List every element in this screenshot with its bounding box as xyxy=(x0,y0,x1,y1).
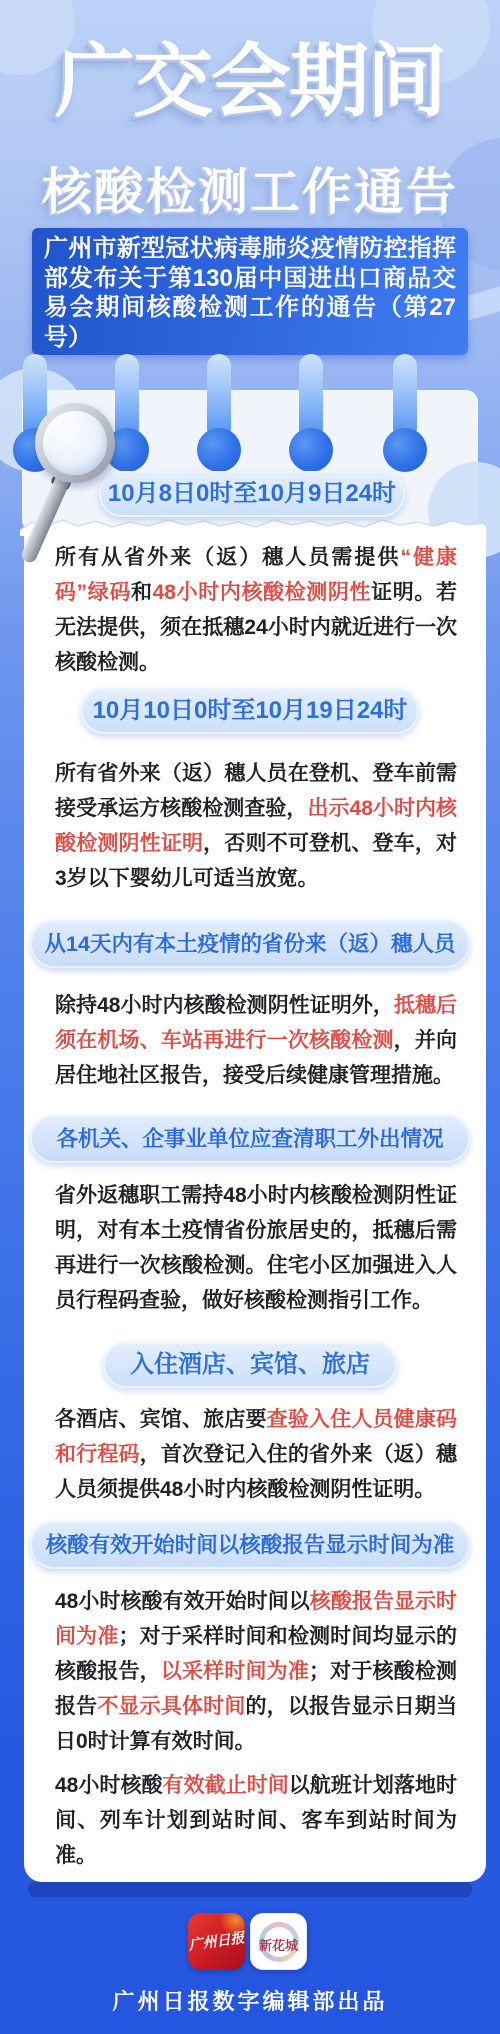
body-paragraph: 48小时核酸有效开始时间以核酸报告显示时间为准；对于采样时间和检测时间均显示的核… xyxy=(55,1584,457,1759)
plain-text: 各酒店、宾馆、旅店要 xyxy=(55,1408,267,1431)
plain-text: 和 xyxy=(131,581,153,604)
date-pill: 10月10日0时至10月19日24时 xyxy=(81,688,419,734)
date-pill: 10月8日0时至10月9日24时 xyxy=(99,471,405,517)
swab-icon xyxy=(207,354,231,440)
highlight-text: 不显示具体时间 xyxy=(97,1695,245,1718)
body-paragraph: 所有从省外来（返）穗人员需提供“健康码”绿码和48小时内核酸检测阴性证明。若无法… xyxy=(55,540,457,680)
plain-text: 除持48小时内核酸检测阴性证明外， xyxy=(55,994,394,1017)
body-paragraph: 省外返穗职工需持48小时内核酸检测阴性证明，对有本土疫情省份旅居史的，抵穗后需再… xyxy=(55,1178,457,1318)
body-paragraph: 48小时核酸有效截止时间以航班计划落地时间、列车计划到站时间、客车到站时间为准。 xyxy=(55,1768,457,1873)
plain-text: 48小时核酸 xyxy=(55,1774,163,1797)
plain-text: 省外返穗职工需持48小时内核酸检测阴性证明，对有本土疫情省份旅居史的，抵穗后需再… xyxy=(55,1184,457,1312)
poster-subtitle: 核酸检测工作通告 xyxy=(0,152,500,224)
swab-icon xyxy=(393,354,417,440)
body-paragraph: 各酒店、宾馆、旅店要查验入住人员健康码和行程码，首次登记入住的省外来（返）穗人员… xyxy=(55,1402,457,1507)
plain-text: 48小时核酸有效开始时间以 xyxy=(55,1590,310,1613)
section-banner: 各机关、企事业单位应查清职工外出情况 xyxy=(30,1115,470,1163)
xinhuacheng-logo-icon: 新花城 xyxy=(250,1913,307,1970)
swab-icon xyxy=(299,354,323,440)
highlight-text: 48小时内核酸检测阴性 xyxy=(153,581,372,604)
highlight-text: 有效截止时间 xyxy=(163,1774,289,1797)
section-banner: 从14天内有本土疫情的省份来（返）穗人员 xyxy=(30,920,470,968)
gzdaily-logo-icon: 广州日报 xyxy=(188,1913,245,1970)
body-paragraph: 所有省外来（返）穗人员在登机、登车前需接受承运方核酸检测查验，出示48小时内核酸… xyxy=(55,756,457,896)
plain-text: 所有从省外来（返）穗人员需提供 xyxy=(55,546,400,569)
footer-logos: 广州日报 新花城 xyxy=(188,1913,307,1970)
poster: 广交会期间 核酸检测工作通告 广州市新型冠状病毒肺炎疫情防控指挥部发布关于第13… xyxy=(0,0,500,2034)
gzdaily-logo-label: 广州日报 xyxy=(188,1927,245,1955)
magnifier-lens xyxy=(43,411,107,475)
card-shadow xyxy=(28,1882,472,1897)
body-paragraph: 除持48小时内核酸检测阴性证明外，抵穗后须在机场、车站再进行一次核酸检测，并向居… xyxy=(55,988,457,1093)
highlight-text: 以采样时间为准 xyxy=(161,1660,309,1683)
intro-text: 广州市新型冠状病毒肺炎疫情防控指挥部发布关于第130届中国进出口商品交易会期间核… xyxy=(44,235,456,351)
hotel-pill: 入住酒店、宾馆、旅店 xyxy=(103,1342,397,1388)
footer-credit: 广州日报数字编辑部出品 xyxy=(0,1985,500,2016)
intro-box: 广州市新型冠状病毒肺炎疫情防控指挥部发布关于第130届中国进出口商品交易会期间核… xyxy=(32,228,468,355)
poster-title: 广交会期间 xyxy=(0,38,500,126)
xinhuacheng-logo-label: 新花城 xyxy=(251,1935,306,1954)
section-banner: 核酸有效开始时间以核酸报告显示时间为准 xyxy=(30,1521,470,1569)
